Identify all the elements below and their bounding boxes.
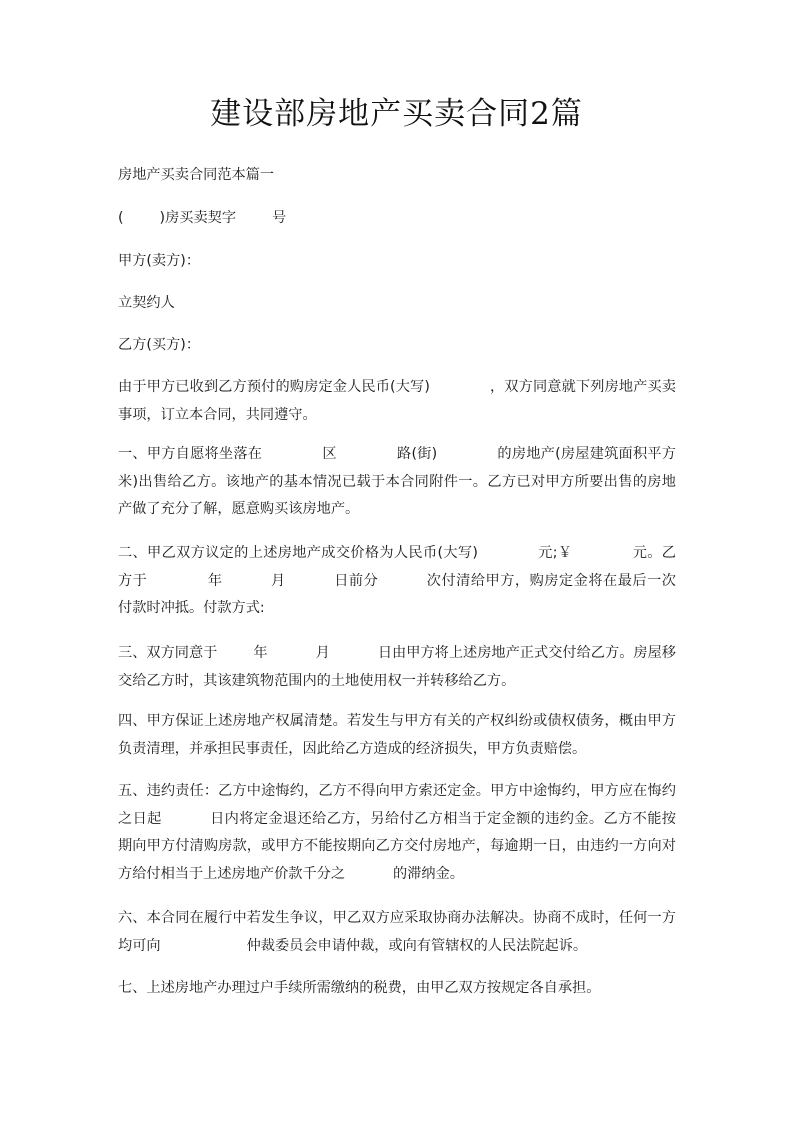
clause-text: 年	[253, 645, 267, 661]
clause-text: 月	[316, 645, 330, 661]
document-title: 建设部房地产买卖合同2篇	[0, 92, 793, 136]
party-b-line: 乙方(买方)：	[118, 332, 676, 360]
signatory-line: 立契约人	[118, 290, 676, 318]
clause-text: 年	[207, 573, 222, 589]
clause-3: 三、双方同意于年月日由甲方将上述房地产正式交付给乙方。房屋移交给乙方时，其该建筑…	[118, 640, 676, 695]
clause-text: 仲裁委员会申请仲裁，或向有管辖权的人民法院起诉。	[247, 938, 588, 954]
contract-number-line: ()房买卖契字号	[118, 205, 676, 233]
contract-number-open-paren: (	[118, 210, 124, 226]
clause-text: 区	[322, 446, 337, 462]
clause-4: 四、甲方保证上述房地产权属清楚。若发生与甲方有关的产权纠纷或债权债务，概由甲方负…	[118, 708, 676, 763]
preamble-paragraph: 由于甲方已收到乙方预付的购房定金人民币(大写)，双方同意就下列房地产买卖事项，订…	[118, 374, 676, 429]
clause-1: 一、甲方自愿将坐落在区路(街)的房地产(房屋建筑面积平方米)出售给乙方。该地产的…	[118, 441, 676, 524]
clause-text: 三、双方同意于	[118, 645, 217, 661]
clause-text: 次付清给甲方，购房定金将在最后一次付款时冲抵。付款方式:	[118, 573, 676, 617]
party-a-line: 甲方(卖方)：	[118, 248, 676, 276]
preamble-text: 由于甲方已收到乙方预付的购房定金人民币(大写)	[118, 379, 430, 395]
contract-number-label: 号	[272, 210, 286, 226]
clause-text: 二、甲乙双方议定的上述房地产成交价格为人民币(大写)	[118, 545, 478, 561]
clause-2: 二、甲乙双方议定的上述房地产成交价格为人民币(大写)元;￥元。乙方于年月日前分次…	[118, 540, 676, 623]
section-heading: 房地产买卖合同范本篇一	[118, 162, 676, 190]
document-page: 建设部房地产买卖合同2篇 房地产买卖合同范本篇一 ()房买卖契字号 甲方(卖方)…	[0, 0, 793, 1122]
contract-number-text: )房买卖契字	[160, 210, 236, 226]
clause-text: 的滞纳金。	[393, 866, 464, 882]
clause-text: 路(街)	[397, 446, 437, 462]
clause-text: 元;￥	[538, 545, 573, 561]
clause-text: 月	[271, 573, 286, 589]
clause-6: 六、本合同在履行中若发生争议，甲乙双方应采取协商办法解决。协商不成时，任何一方均…	[118, 905, 676, 960]
clause-5: 五、违约责任：乙方中途悔约，乙方不得向甲方索还定金。甲方中途悔约，甲方应在悔约之…	[118, 778, 676, 888]
clause-text: 日前分	[334, 573, 379, 589]
clause-text: 一、甲方自愿将坐落在	[118, 446, 262, 462]
clause-7: 七、上述房地产办理过户手续所需缴纳的税费，由甲乙双方按规定各自承担。	[118, 975, 676, 1003]
